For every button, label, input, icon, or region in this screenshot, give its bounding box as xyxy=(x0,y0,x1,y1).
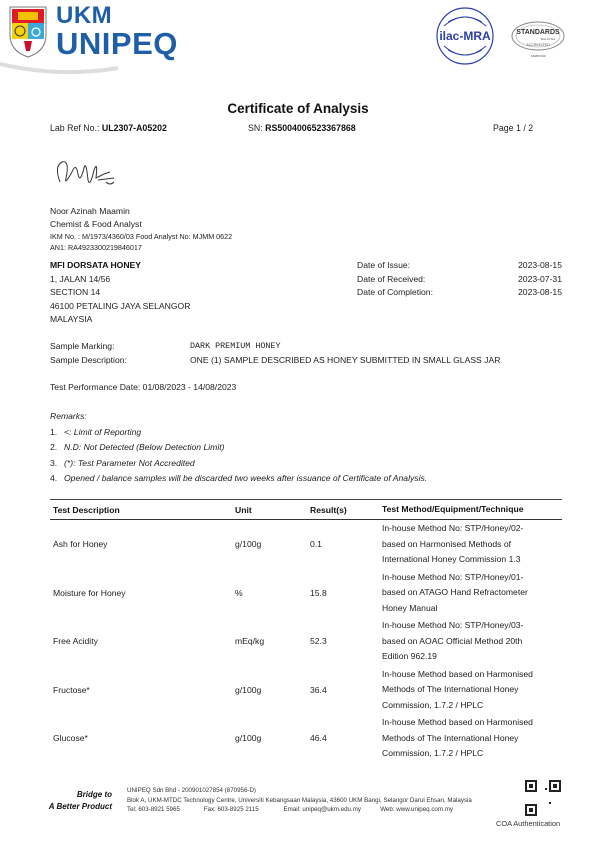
method-line: based on ATAGO Hand Refractometer xyxy=(382,585,562,601)
company-email[interactable]: Email: unipeq@ukm.edu.my xyxy=(283,805,378,815)
method-line: Commission, 1.7.2 / HPLC xyxy=(382,746,562,762)
company-contacts: Tel: 603-8921 5965 Fax: 603-8925 2115 Em… xyxy=(127,805,472,815)
analyst-ikm: IKM No. : M/1973/4360/03 Food Analyst No… xyxy=(50,231,232,242)
cell-method: In-house Method No: STP/Honey/01-based o… xyxy=(382,570,562,617)
svg-text:MALAYSIA: MALAYSIA xyxy=(541,37,556,41)
table-row: Glucose*g/100g46.4In-house Method based … xyxy=(50,714,562,763)
cell-test-description: Ash for Honey xyxy=(50,539,235,549)
sample-description-value: ONE (1) SAMPLE DESCRIBED AS HONEY SUBMIT… xyxy=(190,354,500,368)
remark-item: 2.N.D: Not Detected (Below Detection Lim… xyxy=(50,440,427,456)
date-value: 2023-07-31 xyxy=(518,273,562,287)
remark-num: 2. xyxy=(50,440,64,456)
sample-description: Sample Description: ONE (1) SAMPLE DESCR… xyxy=(50,354,500,368)
method-line: In-house Method based on Harmonised xyxy=(382,715,562,731)
method-line: International Honey Commission 1.3 xyxy=(382,552,562,568)
company-name: UNIPEQ Sdn Bhd - 200901027854 (870956-D) xyxy=(127,786,472,796)
address-line: MALAYSIA xyxy=(50,313,190,327)
svg-text:ilac-MRA: ilac-MRA xyxy=(439,29,491,43)
cell-unit: g/100g xyxy=(235,733,310,743)
method-line: Commission, 1.7.2 / HPLC xyxy=(382,698,562,714)
remark-item: 1.<: Limit of Reporting xyxy=(50,425,427,441)
analyst-signature xyxy=(52,152,122,197)
cell-method: In-house Method based on HarmonisedMetho… xyxy=(382,715,562,762)
method-line: In-house Method No: STP/Honey/01- xyxy=(382,570,562,586)
date-label: Date of Completion: xyxy=(357,286,433,300)
date-label: Date of Issue: xyxy=(357,259,410,273)
cell-test-description: Fructose* xyxy=(50,685,235,695)
ilac-mra-logo: ilac-MRA xyxy=(432,6,498,66)
remark-num: 3. xyxy=(50,456,64,472)
sn-label: SN: xyxy=(248,123,263,133)
analyst-info: Noor Azinah Maamin Chemist & Food Analys… xyxy=(50,205,232,253)
header-unit: Unit xyxy=(235,505,310,515)
brand-line1: UKM xyxy=(56,4,178,28)
client-name: MFI DORSATA HONEY xyxy=(50,259,190,273)
table-row: Moisture for Honey%15.8In-house Method N… xyxy=(50,569,562,618)
cell-unit: mEq/kg xyxy=(235,636,310,646)
qr-code[interactable] xyxy=(525,780,561,816)
slogan-line1: Bridge to xyxy=(40,789,112,801)
method-line: Honey Manual xyxy=(382,601,562,617)
lab-ref-label: Lab Ref No.: xyxy=(50,123,99,133)
method-line: In-house Method No: STP/Honey/02- xyxy=(382,521,562,537)
address-line: 1, JALAN 14/56 xyxy=(50,273,190,287)
cell-test-description: Glucose* xyxy=(50,733,235,743)
client-address: MFI DORSATA HONEY 1, JALAN 14/56 SECTION… xyxy=(50,259,190,327)
cell-unit: % xyxy=(235,588,310,598)
date-value: 2023-08-15 xyxy=(518,286,562,300)
method-line: Edition 962.19 xyxy=(382,649,562,665)
sample-description-label: Sample Description: xyxy=(50,354,190,368)
table-row: Fructose*g/100g36.4In-house Method based… xyxy=(50,666,562,715)
header-results: Result(s) xyxy=(310,505,382,515)
cell-result: 0.1 xyxy=(310,539,382,549)
slogan-line2: A Better Product xyxy=(40,801,112,813)
remark-text: Opened / balance samples will be discard… xyxy=(64,471,427,487)
remark-num: 4. xyxy=(50,471,64,487)
company-info: UNIPEQ Sdn Bhd - 200901027854 (870956-D)… xyxy=(127,786,472,815)
decorative-swoosh xyxy=(0,56,140,78)
cell-result: 46.4 xyxy=(310,733,382,743)
cell-method: In-house Method No: STP/Honey/03-based o… xyxy=(382,618,562,665)
header-method: Test Method/Equipment/Technique xyxy=(382,502,562,518)
cell-unit: g/100g xyxy=(235,539,310,549)
company-tel: Tel: 603-8921 5965 xyxy=(127,805,202,815)
company-web[interactable]: Web: www.unipeq.com.my xyxy=(380,805,453,815)
test-performance-date: Test Performance Date: 01/08/2023 - 14/0… xyxy=(50,382,236,392)
cell-method: In-house Method No: STP/Honey/02-based o… xyxy=(382,521,562,568)
remarks-heading: Remarks: xyxy=(50,409,427,425)
page-indicator: Page 1 / 2 xyxy=(493,123,533,133)
sample-marking-value: DARK PREMIUM HONEY xyxy=(190,340,280,354)
svg-text:STANDARDS: STANDARDS xyxy=(516,29,560,36)
remark-text: <: Limit of Reporting xyxy=(64,425,141,441)
cell-result: 15.8 xyxy=(310,588,382,598)
address-line: SECTION 14 xyxy=(50,286,190,300)
date-label: Date of Received: xyxy=(357,273,425,287)
remark-text: N.D: Not Detected (Below Detection Limit… xyxy=(64,440,224,456)
cell-result: 52.3 xyxy=(310,636,382,646)
remark-item: 3.(*): Test Parameter Not Accredited xyxy=(50,456,427,472)
sn-value: RS5004006523367868 xyxy=(265,123,356,133)
method-line: Methods of The International Honey xyxy=(382,682,562,698)
document-title: Certificate of Analysis xyxy=(0,101,596,116)
method-line: In-house Method based on Harmonised xyxy=(382,667,562,683)
table-row: Free AciditymEq/kg52.3In-house Method No… xyxy=(50,617,562,666)
remarks: Remarks: 1.<: Limit of Reporting 2.N.D: … xyxy=(50,409,427,487)
method-line: based on Harmonised Methods of xyxy=(382,537,562,553)
ukm-crest-logo xyxy=(8,5,48,59)
cell-result: 36.4 xyxy=(310,685,382,695)
date-value: 2023-08-15 xyxy=(518,259,562,273)
sample-marking: Sample Marking: DARK PREMIUM HONEY xyxy=(50,340,500,354)
analyst-title: Chemist & Food Analyst xyxy=(50,218,232,231)
remark-item: 4.Opened / balance samples will be disca… xyxy=(50,471,427,487)
lab-ref-value: UL2307-A05202 xyxy=(102,123,167,133)
company-fax: Fax: 603-8925 2115 xyxy=(204,805,282,815)
company-address: Blok A, UKM-MTDC Technology Centre, Univ… xyxy=(127,796,472,806)
cell-unit: g/100g xyxy=(235,685,310,695)
slogan: Bridge to A Better Product xyxy=(40,789,112,813)
method-line: based on AOAC Official Method 20th xyxy=(382,634,562,650)
cell-test-description: Moisture for Honey xyxy=(50,588,235,598)
date-of-completion: Date of Completion: 2023-08-15 xyxy=(357,286,562,300)
unipeq-brand: UKM UNIPEQ xyxy=(56,4,178,59)
address-line: 46100 PETALING JAYA SELANGOR xyxy=(50,300,190,314)
brand-line2: UNIPEQ xyxy=(56,28,178,59)
method-line: In-house Method No: STP/Honey/03- xyxy=(382,618,562,634)
date-of-issue: Date of Issue: 2023-08-15 xyxy=(357,259,562,273)
analyst-an1: AN1: RA4923300219846017 xyxy=(50,242,232,253)
serial-number: SN: RS5004006523367868 xyxy=(248,123,356,133)
lab-ref: Lab Ref No.: UL2307-A05202 xyxy=(50,123,167,133)
standards-malaysia-logo: STANDARDS MALAYSIA ACCREDITED SAMM 030 xyxy=(510,20,566,60)
coa-authentication-label: COA Authentication xyxy=(496,819,560,828)
remark-num: 1. xyxy=(50,425,64,441)
sample-info: Sample Marking: DARK PREMIUM HONEY Sampl… xyxy=(50,340,500,367)
header-test-description: Test Description xyxy=(50,505,235,515)
table-header: Test Description Unit Result(s) Test Met… xyxy=(50,499,562,520)
results-table: Test Description Unit Result(s) Test Met… xyxy=(50,499,562,763)
remark-text: (*): Test Parameter Not Accredited xyxy=(64,456,195,472)
date-of-received: Date of Received: 2023-07-31 xyxy=(357,273,562,287)
svg-text:SAMM 030: SAMM 030 xyxy=(531,54,546,58)
method-line: Methods of The International Honey xyxy=(382,731,562,747)
analyst-name: Noor Azinah Maamin xyxy=(50,205,232,218)
sample-marking-label: Sample Marking: xyxy=(50,340,190,354)
svg-text:ACCREDITED: ACCREDITED xyxy=(526,43,550,47)
cell-method: In-house Method based on HarmonisedMetho… xyxy=(382,667,562,714)
dates-block: Date of Issue: 2023-08-15 Date of Receiv… xyxy=(357,259,562,300)
cell-test-description: Free Acidity xyxy=(50,636,235,646)
table-row: Ash for Honeyg/100g0.1In-house Method No… xyxy=(50,520,562,569)
